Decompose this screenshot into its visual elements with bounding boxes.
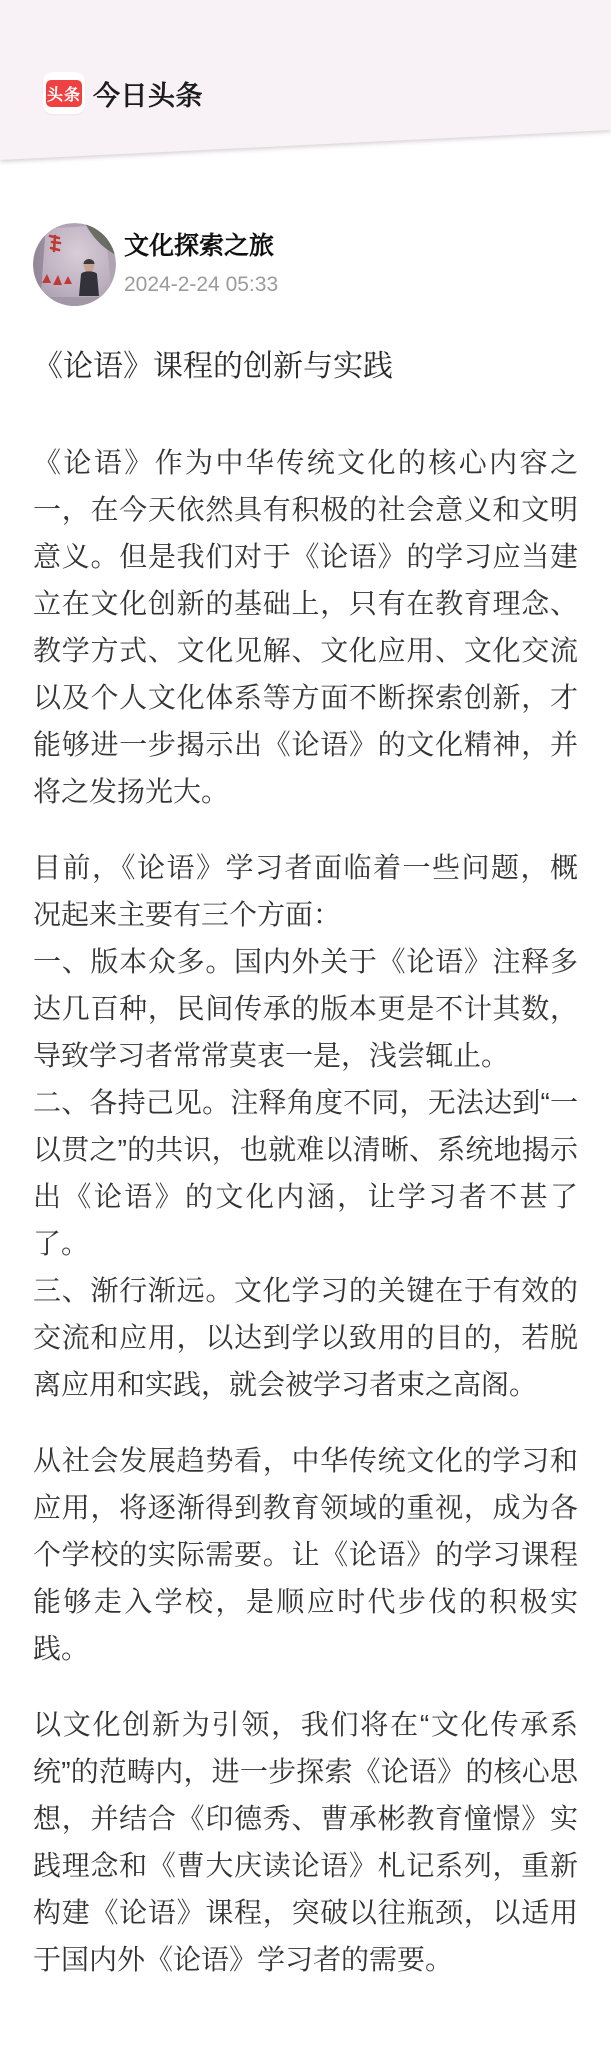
avatar-image: [33, 223, 116, 306]
paragraph: 以文化创新为引领，我们将在“文化传承系统”的范畴内，进一步探索《论语》的核心思想…: [33, 1701, 578, 1983]
paragraph-line: 目前，《论语》学习者面临着一些问题，概况起来主要有三个方面：: [33, 844, 578, 938]
paragraph-line: 《论语》作为中华传统文化的核心内容之一，在今天依然具有积极的社会意义和文明意义。…: [33, 439, 578, 815]
app-header: 头条 今日头条: [0, 0, 611, 160]
toutiao-logo-icon: 头条: [43, 72, 85, 114]
author-row: 文化探索之旅 2024-2-24 05:33: [33, 223, 578, 306]
bottom-whitespace: [33, 1983, 578, 2043]
toutiao-brand[interactable]: 头条 今日头条: [43, 72, 203, 114]
author-avatar[interactable]: [33, 223, 116, 306]
article-title: 《论语》课程的创新与实践: [33, 350, 578, 384]
author-name[interactable]: 文化探索之旅: [124, 232, 278, 260]
paragraph-line: 一、版本众多。国内外关于《论语》注释多达几百种，民间传承的版本更是不计其数，导致…: [33, 938, 578, 1079]
article-body: 《论语》作为中华传统文化的核心内容之一，在今天依然具有积极的社会意义和文明意义。…: [33, 439, 578, 1983]
toutiao-logo-icon-text: 头条: [46, 80, 82, 107]
app-header-background: 头条 今日头条: [0, 0, 611, 160]
article-page: 文化探索之旅 2024-2-24 05:33 《论语》课程的创新与实践 《论语》…: [0, 223, 611, 2043]
paragraph-line: 从社会发展趋势看，中华传统文化的学习和应用，将逐渐得到教育领域的重视，成为各个学…: [33, 1437, 578, 1672]
paragraph: 从社会发展趋势看，中华传统文化的学习和应用，将逐渐得到教育领域的重视，成为各个学…: [33, 1437, 578, 1672]
paragraph-line: 二、各持己见。注释角度不同，无法达到“一以贯之”的共识，也就难以清晰、系统地揭示…: [33, 1079, 578, 1267]
paragraph-line: 以文化创新为引领，我们将在“文化传承系统”的范畴内，进一步探索《论语》的核心思想…: [33, 1701, 578, 1983]
paragraph: 《论语》作为中华传统文化的核心内容之一，在今天依然具有积极的社会意义和文明意义。…: [33, 439, 578, 815]
brand-wordmark: 今日头条: [93, 74, 203, 113]
paragraph: 目前，《论语》学习者面临着一些问题，概况起来主要有三个方面：一、版本众多。国内外…: [33, 844, 578, 1408]
post-date: 2024-2-24 05:33: [124, 273, 278, 297]
author-meta: 文化探索之旅 2024-2-24 05:33: [124, 223, 278, 297]
paragraph-line: 三、渐行渐远。文化学习的关键在于有效的交流和应用，以达到学以致用的目的，若脱离应…: [33, 1267, 578, 1408]
